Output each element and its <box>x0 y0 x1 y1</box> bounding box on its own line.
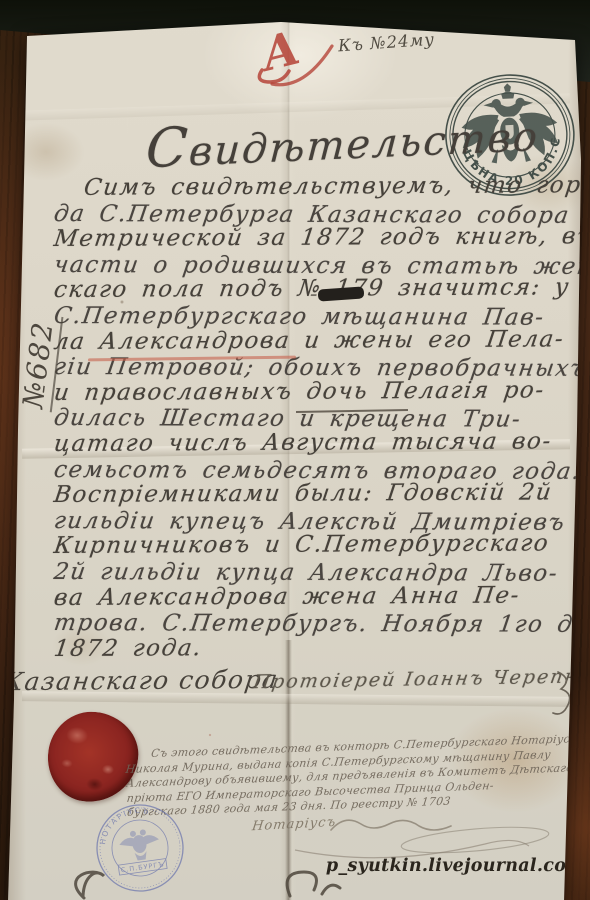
body-line: и православныхъ дочь Пелагія ро- <box>52 378 576 406</box>
body-line: ла Александрова и жены его Пела- <box>52 327 576 355</box>
body-line: цатаго числъ Августа тысяча во- <box>52 429 576 457</box>
body-line: Воспріемниками были: Гдовскій 2й <box>52 480 576 508</box>
body-line: Кирпичниковъ и С.Петербургскаго <box>52 532 576 560</box>
body-line: Метрической за 1872 годъ книгѣ, въ 1й <box>52 224 576 252</box>
red-pencil-flourish <box>252 42 344 88</box>
body-line: 1872 года. <box>52 634 576 662</box>
body-line: Симъ свидѣтельствуемъ, что горо- <box>52 173 576 201</box>
body-line: ва Александрова жена Анна Пе- <box>52 583 576 611</box>
photo-of-document: А Къ №24му ЦѢНА 20 КОП.СЕР. <box>0 0 590 900</box>
paper-wrapper: А Къ №24му ЦѢНА 20 КОП.СЕР. <box>0 0 590 900</box>
clergy-signature-place: Казанскаго собора <box>2 665 281 696</box>
document-title: Свидѣтельство <box>144 103 478 181</box>
certificate-paper: А Къ №24му ЦѢНА 20 КОП.СЕР. <box>0 0 590 900</box>
body-text: Симъ свидѣтельствуемъ, что горо- да С.Пе… <box>54 176 574 662</box>
partial-handwriting-strokes <box>50 866 380 900</box>
filing-annotation: Къ №24му <box>337 30 435 56</box>
body-line: скаго пола подъ № 179 значится: у <box>52 276 576 304</box>
signature-flourish <box>536 666 580 718</box>
